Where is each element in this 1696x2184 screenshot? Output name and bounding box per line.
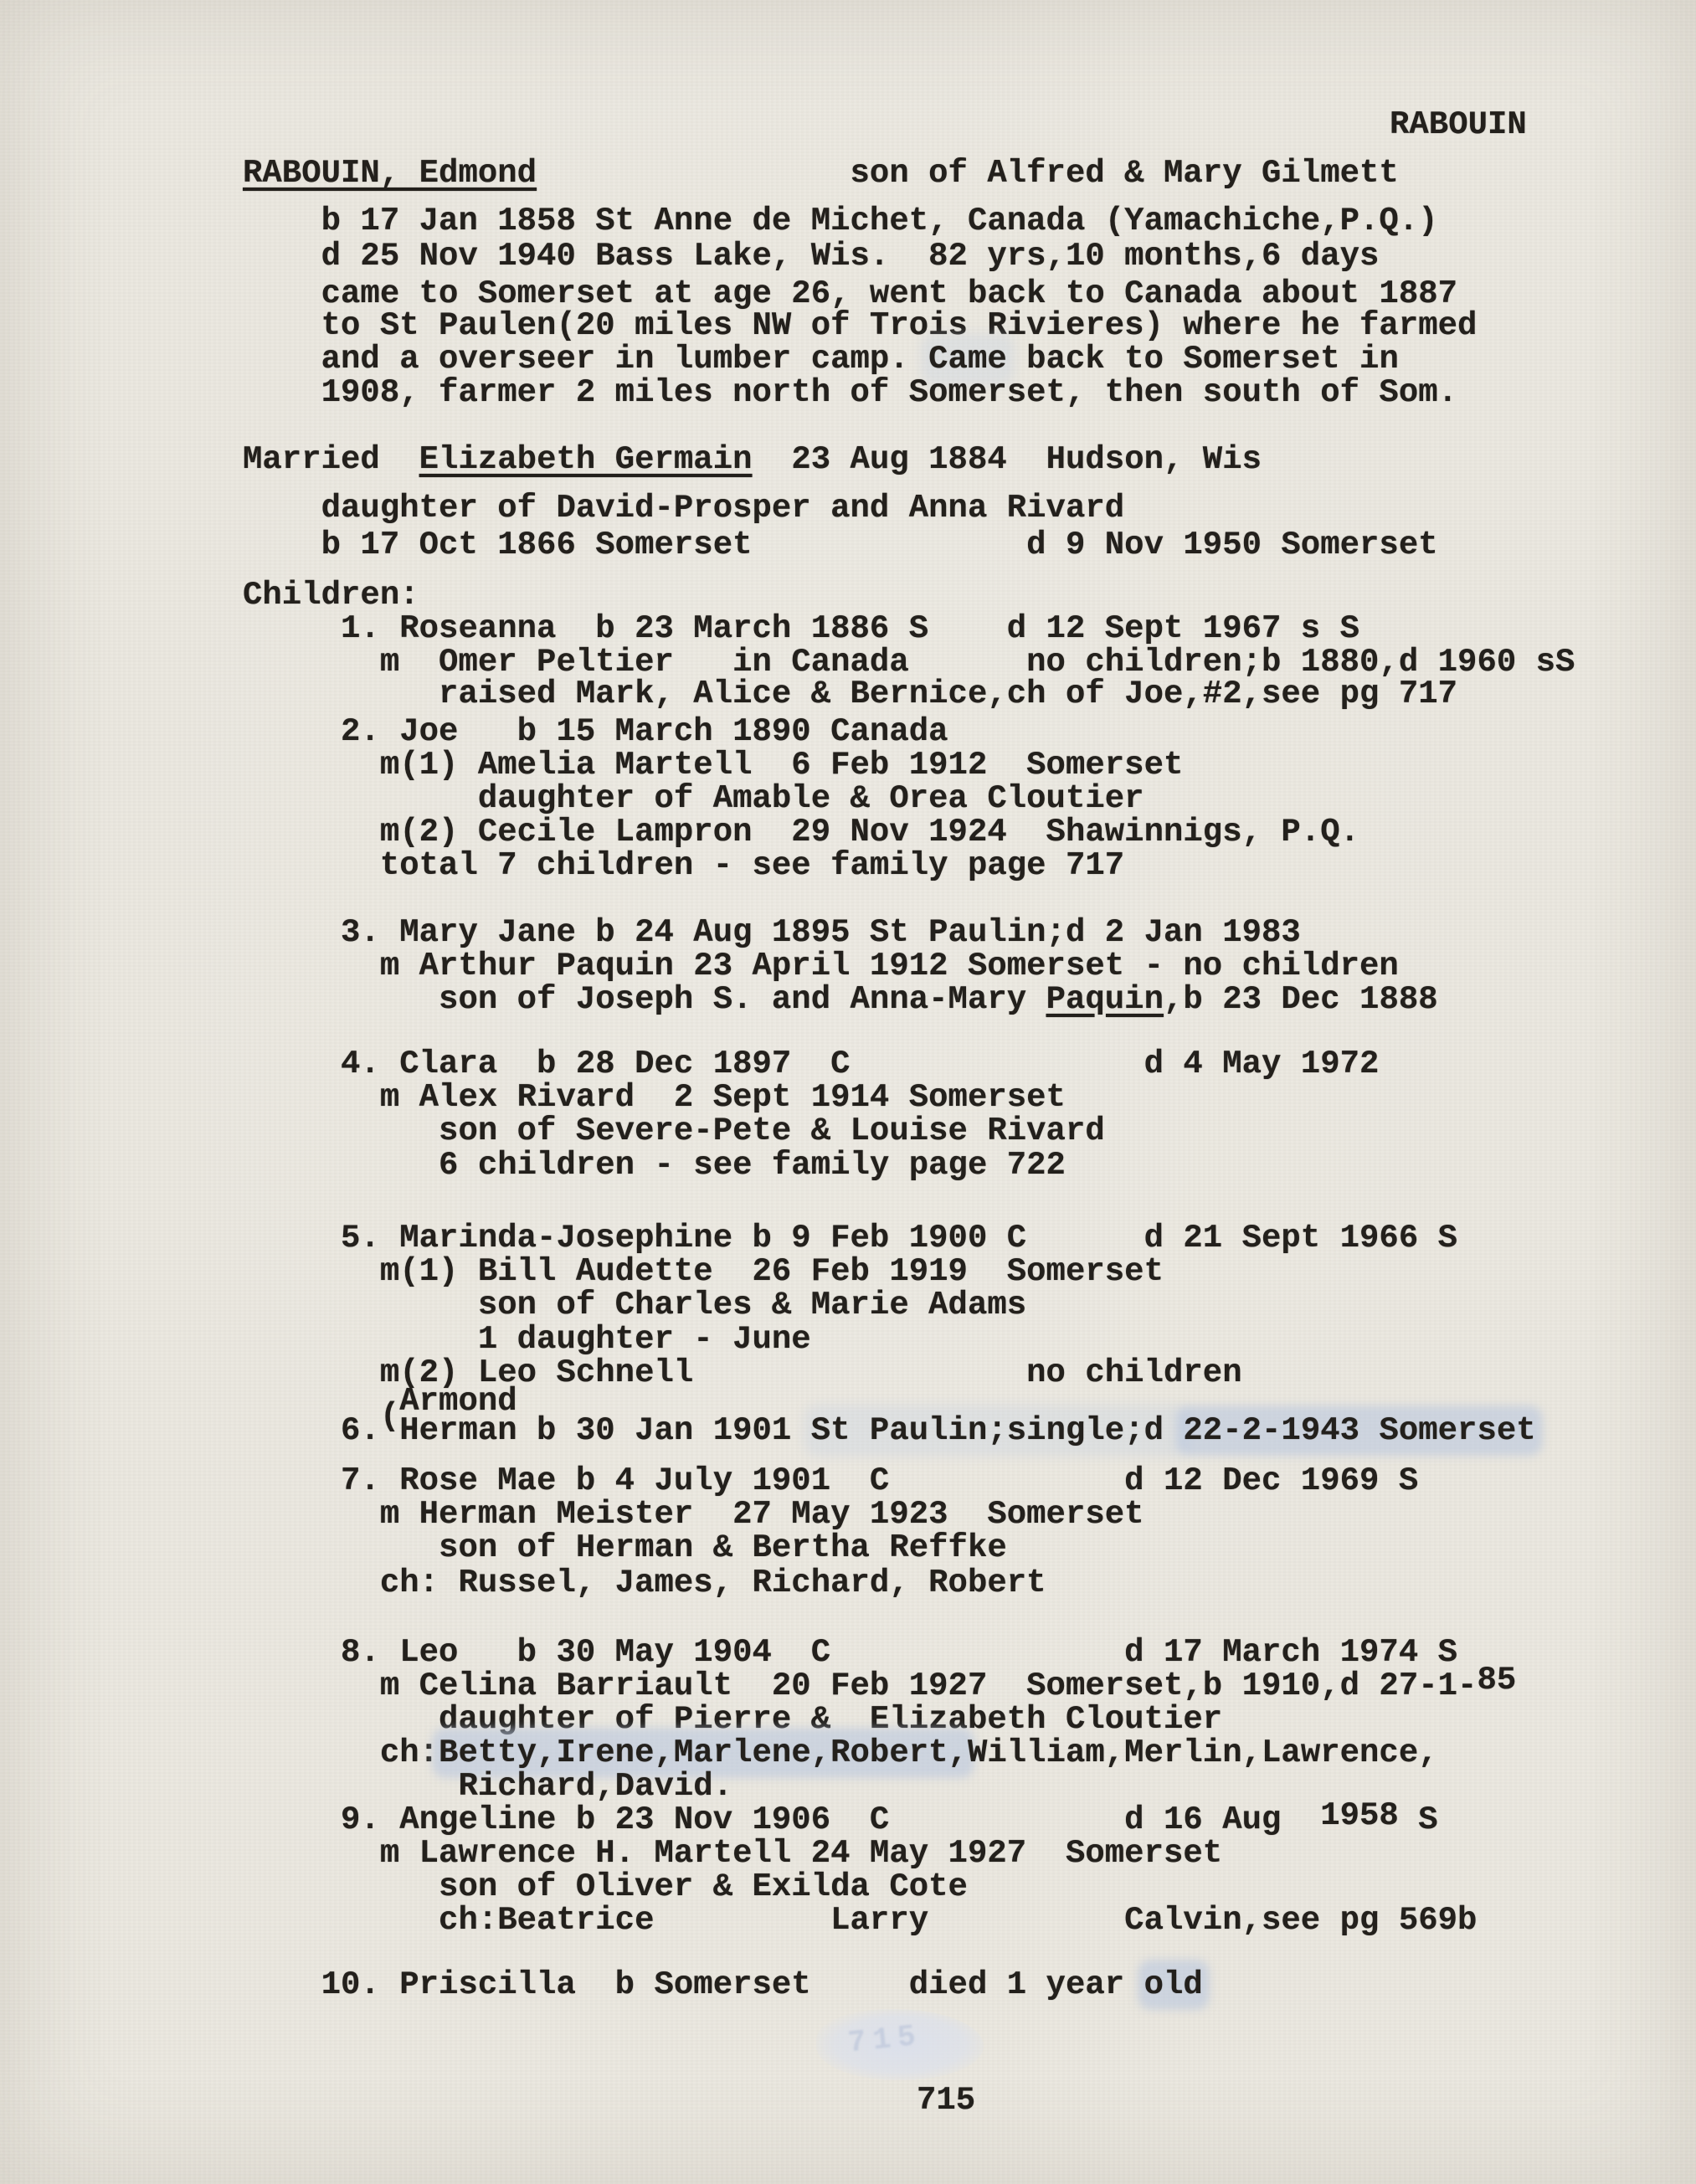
whiteout-ghost-text: 715 [846,2018,924,2060]
text-line: 6.(Herman b 30 Jan 1901 St Paulin;single… [243,1414,1536,1447]
text-line: m Celina Barriault 20 Feb 1927 Somerset,… [243,1669,1516,1703]
text-line: ch: Russel, James, Richard, Robert [243,1566,1046,1600]
text-line: RABOUIN, Edmond son of Alfred & Mary Gil… [243,157,1399,190]
text-line: 9. Angeline b 23 Nov 1906 C d 16 Aug 195… [243,1803,1438,1837]
text-line: came to Somerset at age 26, went back to… [243,277,1457,311]
text-line: m Lawrence H. Martell 24 May 1927 Somers… [243,1837,1222,1870]
text-line: daughter of Amable & Orea Cloutier [243,782,1144,815]
text-line: m Omer Peltier in Canada no children;b 1… [243,645,1575,679]
text-line: to St Paulen(20 miles NW of Trois Rivier… [243,309,1477,342]
text-line: m(1) Amelia Martell 6 Feb 1912 Somerset [243,748,1183,782]
text-line: 5. Marinda-Josephine b 9 Feb 1900 C d 21… [243,1221,1457,1255]
text-line: 1 daughter - June [243,1323,811,1356]
text-line: daughter of Pierre & Elizabeth Cloutier [243,1703,1222,1736]
text-line: 1. Roseanna b 23 March 1886 S d 12 Sept … [243,612,1359,645]
text-line: raised Mark, Alice & Bernice,ch of Joe,#… [243,677,1457,711]
text-line: 8. Leo b 30 May 1904 C d 17 March 1974 S [243,1636,1457,1669]
text-line: son of Severe-Pete & Louise Rivard [243,1114,1105,1148]
text-line: son of Herman & Bertha Reffke [243,1531,1007,1565]
text-line: son of Oliver & Exilda Cote [243,1870,968,1904]
text-line: b 17 Jan 1858 St Anne de Michet, Canada … [243,204,1438,238]
text-line: 4. Clara b 28 Dec 1897 C d 4 May 1972 [243,1047,1379,1081]
text-line: 6 children - see family page 722 [243,1149,1066,1182]
text-line: son of Charles & Marie Adams [243,1288,1026,1322]
text-line: Married Elizabeth Germain 23 Aug 1884 Hu… [243,443,1262,476]
text-line: Children: [243,578,419,612]
text-line: daughter of David-Prosper and Anna Rivar… [243,491,1124,525]
text-line: 10. Priscilla b Somerset died 1 year old [243,1968,1203,2002]
whiteout-smudge: 715 [816,2009,984,2080]
text-line: 3. Mary Jane b 24 Aug 1895 St Paulin;d 2… [243,916,1301,949]
scanned-document-page: RABOUIN RABOUIN, Edmond son of Alfred & … [0,0,1696,2184]
text-line: ch:Betty,Irene,Marlene,Robert,William,Me… [243,1736,1438,1770]
text-line: 2. Joe b 15 March 1890 Canada [243,715,948,748]
text-line: m(1) Bill Audette 26 Feb 1919 Somerset [243,1255,1164,1288]
text-line: and a overseer in lumber camp. Came back… [243,342,1399,376]
text-line: ch:Beatrice Larry Calvin,see pg 569b [243,1904,1477,1937]
text-line: m Alex Rivard 2 Sept 1914 Somerset [243,1081,1066,1114]
text-line: 1908, farmer 2 miles north of Somerset, … [243,376,1457,409]
text-line: m(2) Cecile Lampron 29 Nov 1924 Shawinni… [243,815,1359,849]
text-line: Richard,David. [243,1770,732,1803]
text-line: b 17 Oct 1866 Somerset d 9 Nov 1950 Some… [243,528,1438,562]
page-number: 715 [917,2084,975,2117]
page-header-surname: RABOUIN [1390,108,1527,141]
text-line: d 25 Nov 1940 Bass Lake, Wis. 82 yrs,10 … [243,239,1379,273]
text-line: m Herman Meister 27 May 1923 Somerset [243,1498,1144,1531]
text-line: total 7 children - see family page 717 [243,849,1124,882]
text-line: m Arthur Paquin 23 April 1912 Somerset -… [243,949,1399,983]
text-line: son of Joseph S. and Anna-Mary Paquin,b … [243,983,1438,1016]
text-line: 7. Rose Mae b 4 July 1901 C d 12 Dec 196… [243,1464,1418,1498]
